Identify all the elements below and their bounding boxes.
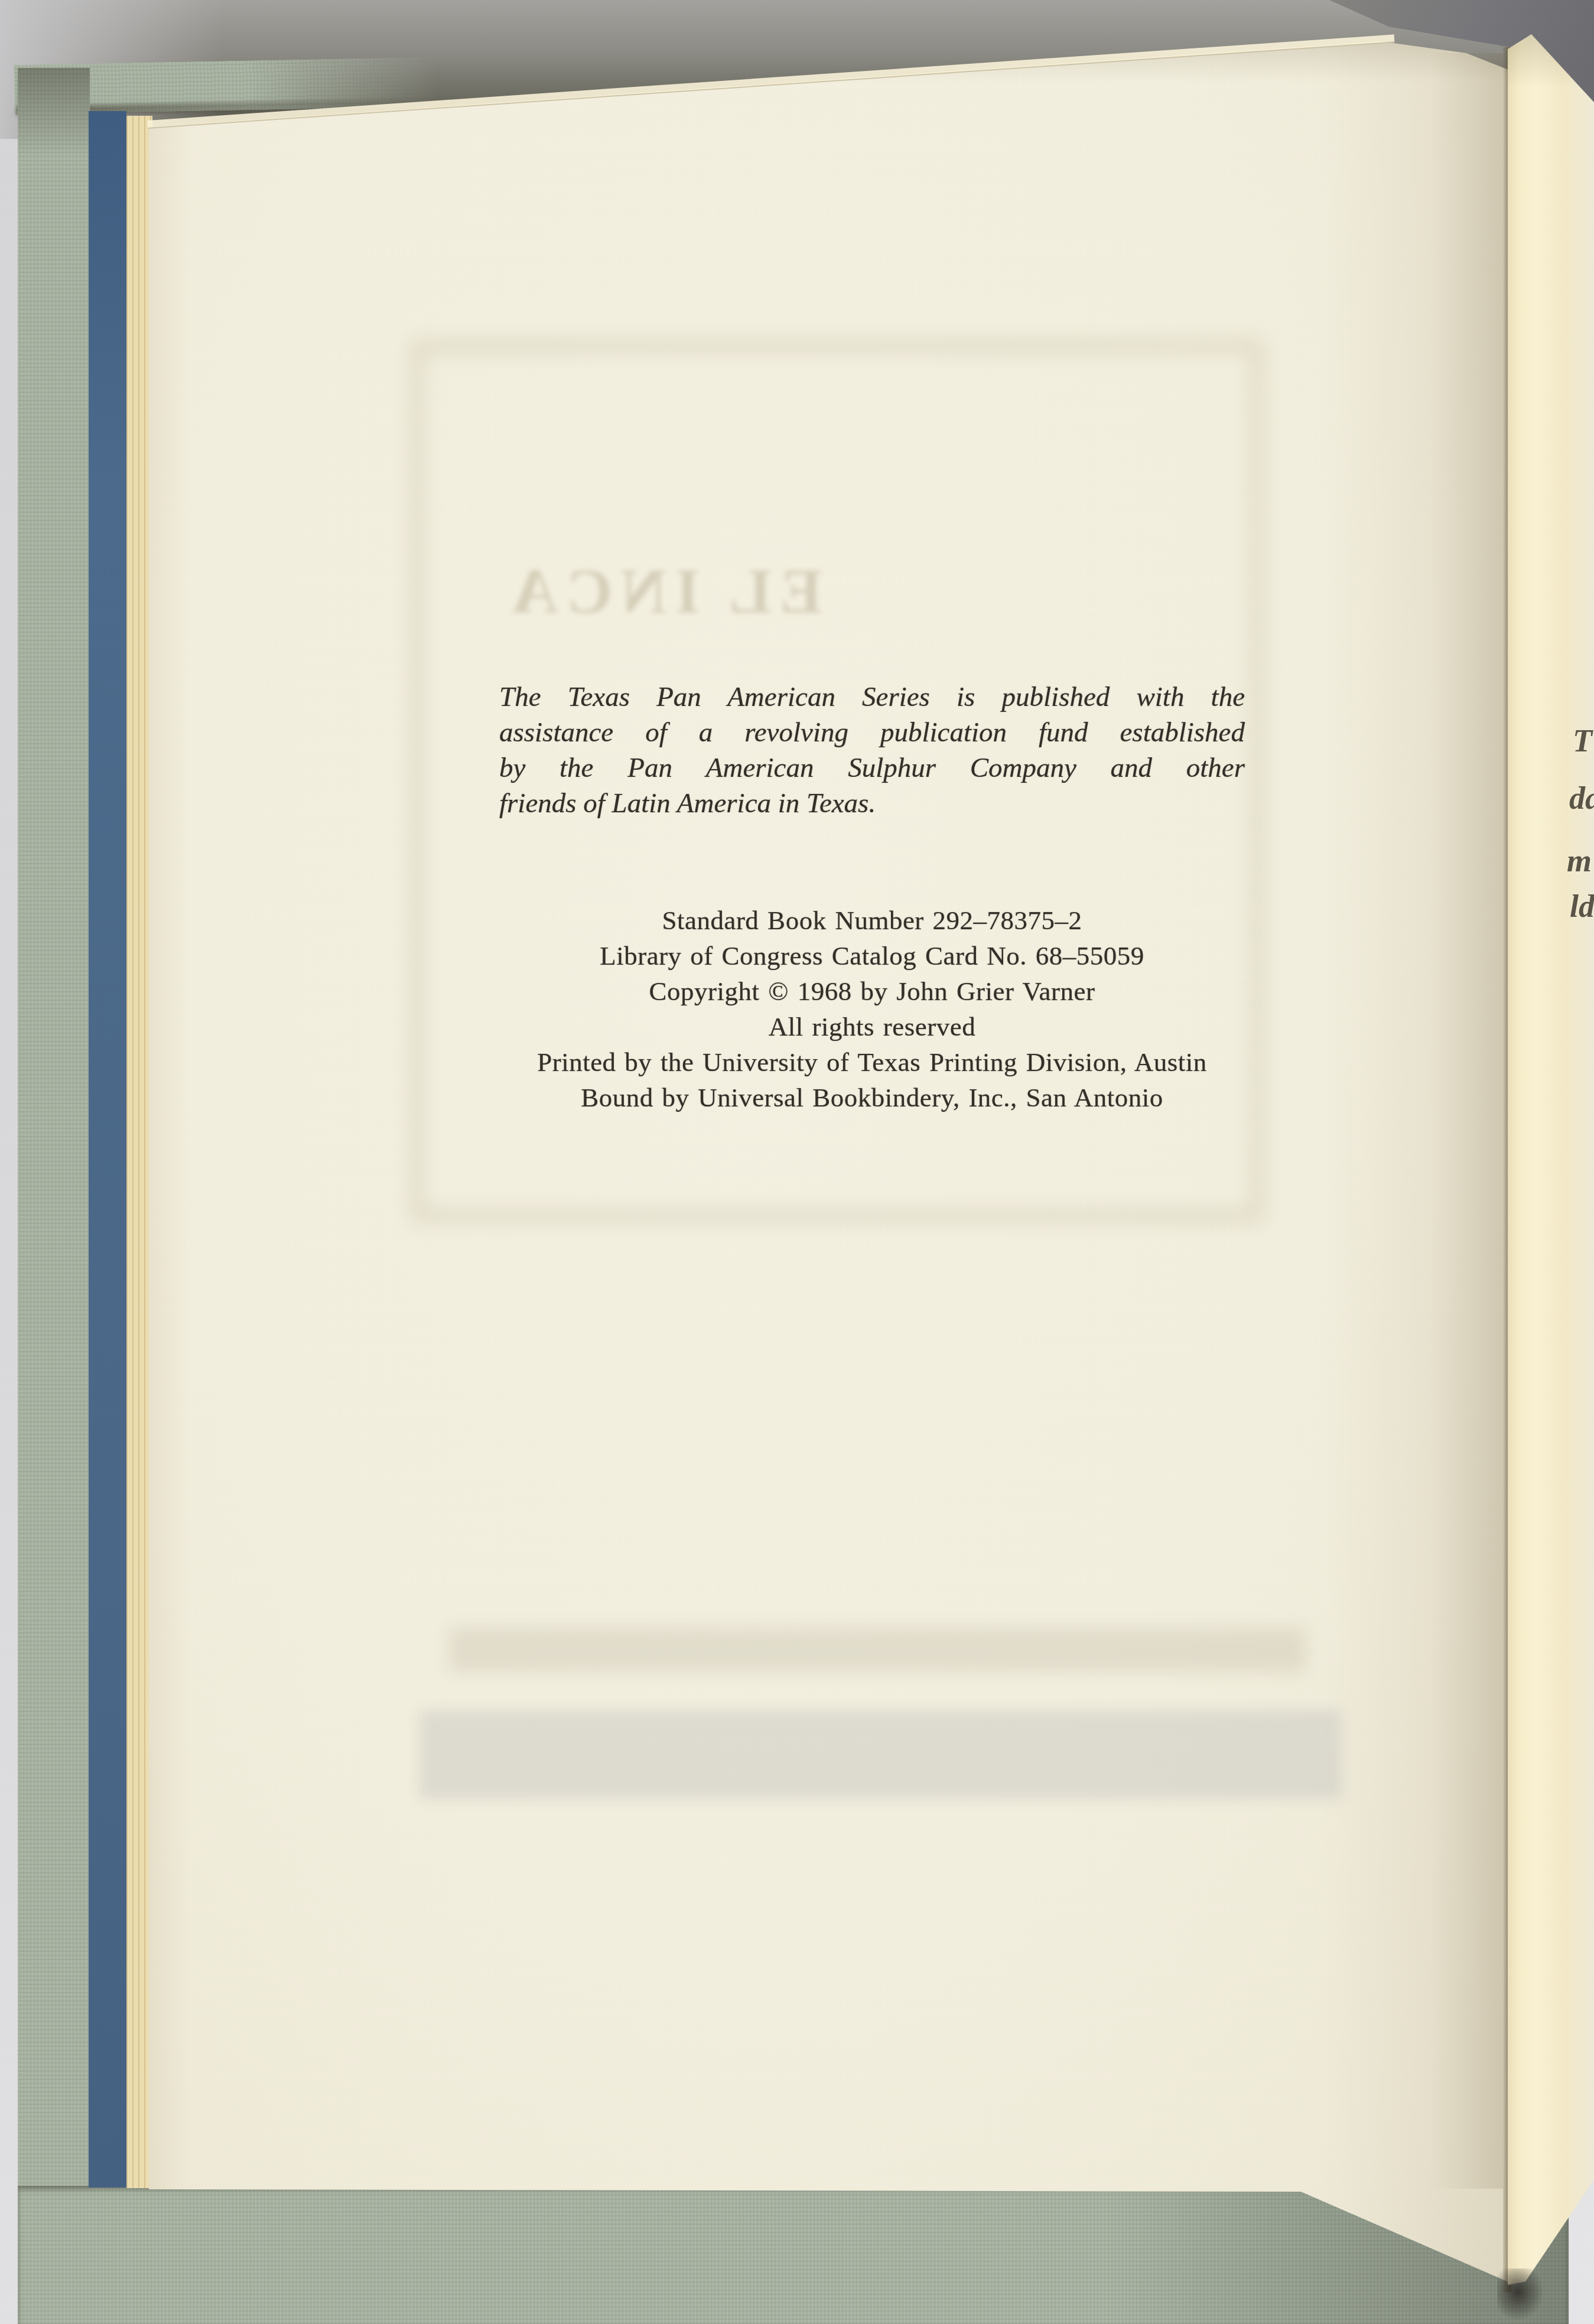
series-note-line: assistance of a revolving publication fu… [499, 715, 1245, 750]
colophon-line-rights: All rights reserved [499, 1009, 1245, 1044]
colophon-line-isbn: Standard Book Number 292–78375–2 [499, 903, 1245, 938]
cover-corner-shadow [1497, 2268, 1543, 2320]
book-photo: EL INCA The Texas Pan American Series is… [0, 0, 1594, 2324]
ghost-text-band [419, 1710, 1341, 1799]
ghost-title-showthrough: EL INCA [515, 555, 822, 629]
colophon-line-copyright: Copyright © 1968 by John Grier Varner [499, 974, 1245, 1009]
facing-page-text-fragment: da [1569, 780, 1594, 816]
gutter-shadow [1430, 53, 1503, 2189]
ghost-text-band [449, 1628, 1306, 1672]
facing-page-text-fragment: m [1567, 842, 1592, 879]
cover-left-edge [18, 68, 90, 2324]
endpaper-blue-edge [89, 111, 126, 2188]
facing-page-edge: T da m ld [1508, 34, 1594, 2286]
series-note-line: The Texas Pan American Series is publish… [499, 679, 1245, 715]
page-edges-stack [126, 116, 152, 2188]
facing-page-text-fragment: T [1573, 722, 1592, 759]
series-note: The Texas Pan American Series is publish… [499, 679, 1245, 821]
series-note-line: by the Pan American Sulphur Company and … [499, 750, 1245, 786]
facing-page-text-fragment: ld [1570, 888, 1594, 925]
colophon-line-printer: Printed by the University of Texas Print… [499, 1044, 1245, 1080]
colophon: Standard Book Number 292–78375–2 Library… [499, 903, 1245, 1115]
series-note-line: friends of Latin America in Texas. [499, 786, 1245, 821]
colophon-line-lccn: Library of Congress Catalog Card No. 68–… [499, 938, 1245, 974]
copyright-page: EL INCA The Texas Pan American Series is… [149, 41, 1511, 2286]
colophon-line-binder: Bound by Universal Bookbindery, Inc., Sa… [499, 1080, 1245, 1115]
